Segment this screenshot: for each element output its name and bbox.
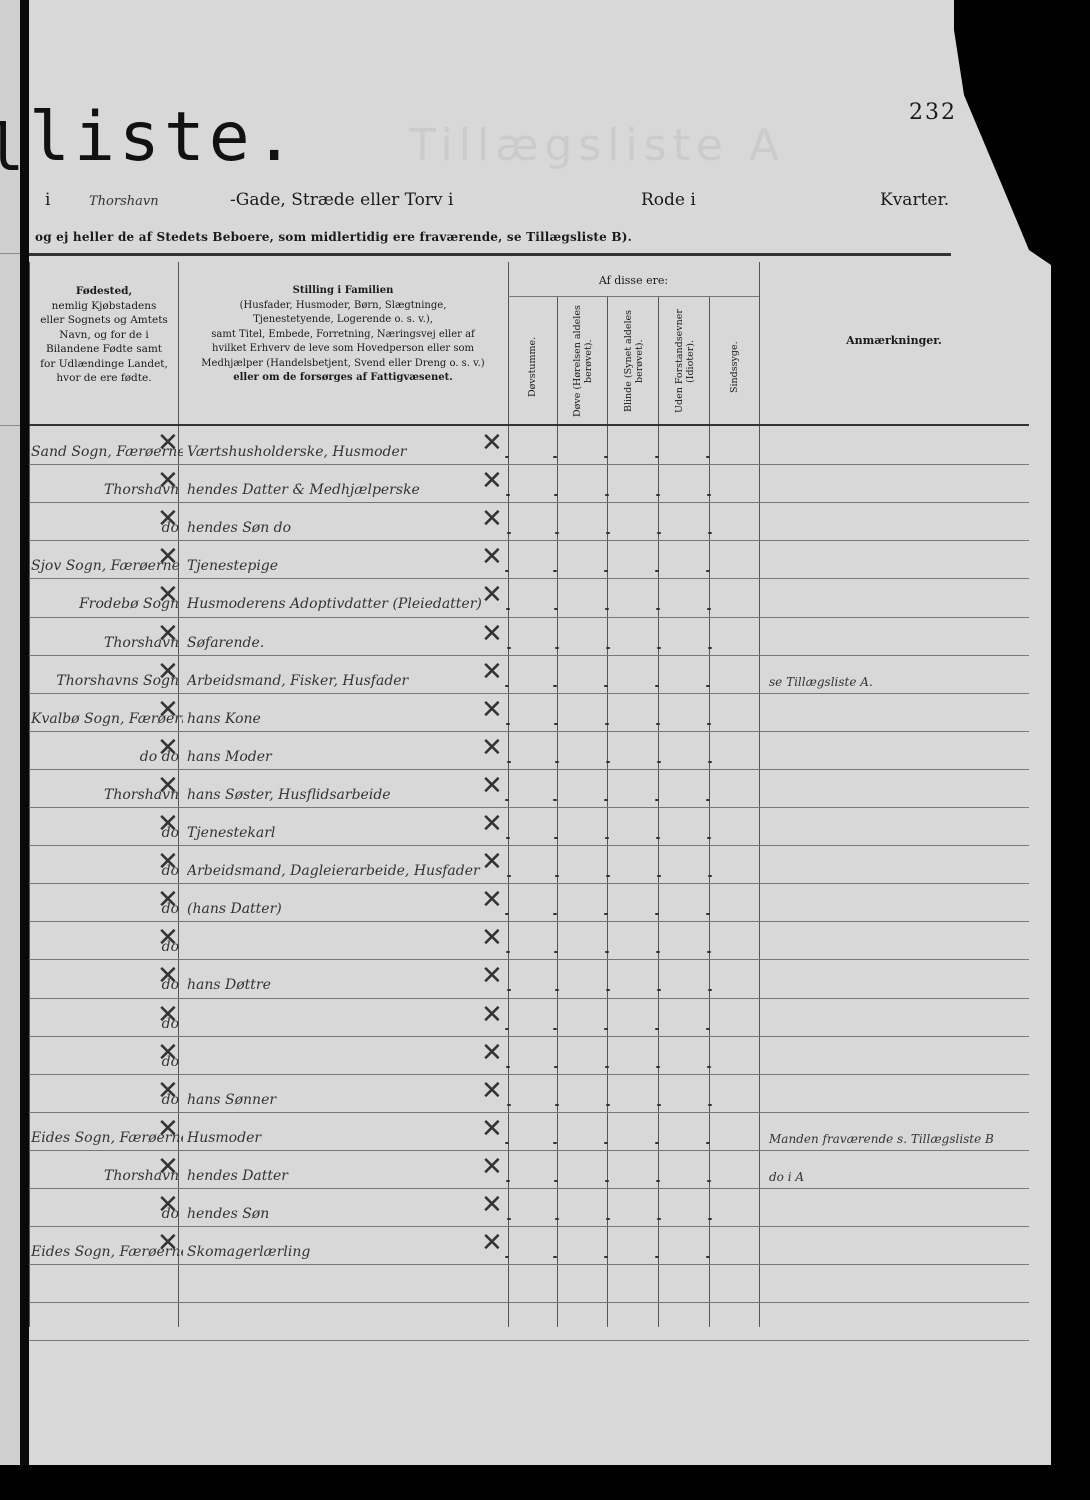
blank-dash <box>507 647 511 649</box>
position-cell: Arbeidsmand, Dagleierarbeide, Husfader <box>187 863 487 879</box>
position-cell: Værtshusholderske, Husmoder <box>187 444 487 460</box>
blank-dash <box>708 1218 712 1220</box>
table-row: dohendes Søn✕✕ <box>29 1188 1029 1226</box>
blank-dash <box>507 1218 511 1220</box>
birthplace-check-mark: ✕ <box>157 697 179 723</box>
blank-dash <box>606 989 610 991</box>
table-row: doArbeidsmand, Dagleierarbeide, Husfader… <box>29 845 1029 883</box>
blank-dash <box>707 1066 711 1068</box>
blank-dash <box>506 608 510 610</box>
table-row: Kvalbø Sogn, Færøernehans Kone✕✕ <box>29 693 1029 731</box>
blank-dash <box>656 494 660 496</box>
blank-dash <box>604 799 608 801</box>
table-row: Thorshavnhans Søster, Husflidsarbeide✕✕ <box>29 769 1029 807</box>
table-row <box>29 1302 1029 1340</box>
header-deaf-mute: Døvstumme. <box>527 317 538 417</box>
blank-dash <box>706 799 710 801</box>
position-check-mark: ✕ <box>481 621 503 647</box>
blank-dash <box>706 456 710 458</box>
blank-dash <box>604 685 608 687</box>
blank-dash <box>604 1256 608 1258</box>
header-af-disse-ere: Af disse ere: <box>508 274 759 289</box>
position-check-mark: ✕ <box>481 1002 503 1028</box>
blank-dash <box>708 532 712 534</box>
blank-dash <box>707 494 711 496</box>
blank-dash <box>505 685 509 687</box>
position-check-mark: ✕ <box>481 582 503 608</box>
header-position: Stilling i Familien (Husfader, Husmoder,… <box>181 284 505 386</box>
blank-dash <box>655 570 659 572</box>
blank-dash <box>605 837 609 839</box>
table-row: doTjenestekarl✕✕ <box>29 807 1029 845</box>
blank-dash <box>708 875 712 877</box>
blank-dash <box>657 989 661 991</box>
blank-dash <box>605 951 609 953</box>
blank-dash <box>506 1180 510 1182</box>
blank-dash <box>505 1142 509 1144</box>
blank-dash <box>606 1104 610 1106</box>
birthplace-check-mark: ✕ <box>157 735 179 761</box>
position-check-mark: ✕ <box>481 773 503 799</box>
birthplace-check-mark: ✕ <box>157 621 179 647</box>
position-cell: Søfarende. <box>187 635 487 651</box>
blank-dash <box>656 608 660 610</box>
blank-dash <box>604 570 608 572</box>
blank-dash <box>606 761 610 763</box>
blank-dash <box>555 647 559 649</box>
blank-dash <box>657 532 661 534</box>
position-check-mark: ✕ <box>481 1078 503 1104</box>
page-title: liste. <box>29 98 299 177</box>
header-remarks: Anmærkninger. <box>759 334 1029 349</box>
blank-dash <box>655 456 659 458</box>
blank-dash <box>655 685 659 687</box>
birthplace-check-mark: ✕ <box>157 1116 179 1142</box>
blank-dash <box>506 951 510 953</box>
blank-dash <box>657 647 661 649</box>
blank-dash <box>605 1066 609 1068</box>
blank-dash <box>506 494 510 496</box>
blank-dash <box>706 570 710 572</box>
blank-dash <box>706 1256 710 1258</box>
position-cell: hans Sønner <box>187 1092 487 1108</box>
rode-label: Rode i <box>641 190 696 210</box>
birthplace-check-mark: ✕ <box>157 811 179 837</box>
census-page: Tillægsliste A liste. 232 i Thorshavn -G… <box>29 0 1051 1465</box>
blank-dash <box>706 1142 710 1144</box>
header-blind: Blinde (Synet aldeles berøvet). <box>623 302 645 420</box>
birthplace-check-mark: ✕ <box>157 659 179 685</box>
table-row: ThorshavnSøfarende.✕✕ <box>29 617 1029 655</box>
blank-dash <box>555 1218 559 1220</box>
absent-residents-note: og ej heller de af Stedets Beboere, som … <box>35 230 632 244</box>
blank-dash <box>656 723 660 725</box>
table-row: do✕✕ <box>29 998 1029 1036</box>
remarks-cell: Manden fraværende s. Tillægsliste B <box>769 1132 994 1146</box>
blank-dash <box>657 1218 661 1220</box>
header-deaf: Døve (Hørelsen aldeles berøvet). <box>572 302 594 420</box>
position-cell: hans Søster, Husflidsarbeide <box>187 787 487 803</box>
position-cell: Tjenestekarl <box>187 825 487 841</box>
blank-dash <box>606 532 610 534</box>
position-cell: Tjenestepige <box>187 558 487 574</box>
position-check-mark: ✕ <box>481 659 503 685</box>
book-gutter <box>20 0 29 1500</box>
blank-dash <box>655 1256 659 1258</box>
blank-dash <box>505 570 509 572</box>
position-check-mark: ✕ <box>481 1230 503 1256</box>
blank-dash <box>708 1104 712 1106</box>
blank-dash <box>655 1028 659 1030</box>
table-row: dohans Sønner✕✕ <box>29 1074 1029 1112</box>
position-check-mark: ✕ <box>481 849 503 875</box>
blank-dash <box>553 456 557 458</box>
header-idiots: Uden Forstandsevner (Idioter). <box>674 302 696 420</box>
blank-dash <box>554 1066 558 1068</box>
table-row <box>29 1264 1029 1302</box>
position-check-mark: ✕ <box>481 925 503 951</box>
blank-dash <box>707 951 711 953</box>
blank-dash <box>507 1104 511 1106</box>
header-rule <box>29 253 951 256</box>
blank-dash <box>656 1180 660 1182</box>
blank-dash <box>706 685 710 687</box>
blank-dash <box>604 456 608 458</box>
blank-dash <box>657 875 661 877</box>
blank-dash <box>555 875 559 877</box>
birthplace-check-mark: ✕ <box>157 544 179 570</box>
blank-dash <box>553 570 557 572</box>
birthplace-check-mark: ✕ <box>157 773 179 799</box>
position-cell: Skomagerlærling <box>187 1244 487 1260</box>
table-row: Thorshavns SognArbeidsmand, Fisker, Husf… <box>29 655 1029 693</box>
birthplace-check-mark: ✕ <box>157 1040 179 1066</box>
birthplace-check-mark: ✕ <box>157 1154 179 1180</box>
position-check-mark: ✕ <box>481 1154 503 1180</box>
position-check-mark: ✕ <box>481 963 503 989</box>
blank-dash <box>707 837 711 839</box>
handwritten-place: Thorshavn <box>89 194 159 209</box>
position-check-mark: ✕ <box>481 811 503 837</box>
birthplace-check-mark: ✕ <box>157 506 179 532</box>
birthplace-check-mark: ✕ <box>157 1078 179 1104</box>
blank-dash <box>553 1256 557 1258</box>
position-check-mark: ✕ <box>481 506 503 532</box>
table-row: Sand Sogn, FærøerneVærtshusholderske, Hu… <box>29 426 1029 464</box>
blank-dash <box>555 761 559 763</box>
blank-dash <box>553 799 557 801</box>
blank-dash <box>554 951 558 953</box>
blank-dash <box>555 1104 559 1106</box>
table-row: Sjov Sogn, FærøerneTjenestepige✕✕ <box>29 540 1029 578</box>
blank-dash <box>605 723 609 725</box>
blank-dash <box>507 989 511 991</box>
blank-dash <box>554 837 558 839</box>
previous-page-strip: l <box>0 0 20 1500</box>
table-row: Thorshavnhendes Datter & Medhjælperske✕✕ <box>29 464 1029 502</box>
blank-dash <box>604 1028 608 1030</box>
blank-dash <box>506 723 510 725</box>
blank-dash <box>605 494 609 496</box>
birthplace-check-mark: ✕ <box>157 582 179 608</box>
blank-dash <box>657 761 661 763</box>
blank-dash <box>657 1104 661 1106</box>
blank-dash <box>507 532 511 534</box>
blank-dash <box>708 989 712 991</box>
blank-dash <box>553 1028 557 1030</box>
blank-dash <box>506 837 510 839</box>
blank-dash <box>604 913 608 915</box>
blank-dash <box>606 1218 610 1220</box>
birthplace-check-mark: ✕ <box>157 849 179 875</box>
table-row: do dohans Moder✕✕ <box>29 731 1029 769</box>
census-table: Fødested, nemlig Kjøbstadens eller Sogne… <box>29 262 1029 1327</box>
blank-dash <box>656 837 660 839</box>
blank-dash <box>708 761 712 763</box>
blank-dash <box>707 723 711 725</box>
page-number: 232 <box>909 100 957 125</box>
blank-dash <box>555 989 559 991</box>
blank-dash <box>707 608 711 610</box>
position-cell: Husmoderens Adoptivdatter (Pleiedatter) <box>187 596 487 612</box>
header-birthplace: Fødested, nemlig Kjøbstadens eller Sogne… <box>31 284 177 386</box>
blank-dash <box>604 1142 608 1144</box>
blank-dash <box>655 1142 659 1144</box>
position-cell: hans Moder <box>187 749 487 765</box>
blank-dash <box>507 875 511 877</box>
blank-dash <box>707 1180 711 1182</box>
table-row: Thorshavnhendes Datter do i A✕✕ <box>29 1150 1029 1188</box>
table-row: do✕✕ <box>29 1036 1029 1074</box>
remarks-cell: do i A <box>769 1170 804 1184</box>
blank-dash <box>605 608 609 610</box>
street-label: -Gade, Stræde eller Torv i <box>230 190 454 210</box>
position-check-mark: ✕ <box>481 1192 503 1218</box>
position-check-mark: ✕ <box>481 544 503 570</box>
birthplace-check-mark: ✕ <box>157 963 179 989</box>
blank-dash <box>606 647 610 649</box>
table-row: do✕✕ <box>29 921 1029 959</box>
birthplace-check-mark: ✕ <box>157 430 179 456</box>
blank-dash <box>706 913 710 915</box>
position-cell: hendes Datter <box>187 1168 487 1184</box>
position-check-mark: ✕ <box>481 887 503 913</box>
table-row: dohans Døttre✕✕ <box>29 959 1029 997</box>
header-insane: Sindssyge. <box>729 317 740 417</box>
scan-border <box>0 1465 1090 1500</box>
blank-dash <box>554 494 558 496</box>
blank-dash <box>554 723 558 725</box>
blank-dash <box>555 532 559 534</box>
position-check-mark: ✕ <box>481 1040 503 1066</box>
blank-dash <box>553 685 557 687</box>
position-check-mark: ✕ <box>481 1116 503 1142</box>
blank-dash <box>605 1180 609 1182</box>
kvarter-label: Kvarter. <box>880 190 949 210</box>
position-cell: Arbeidsmand, Fisker, Husfader <box>187 673 487 689</box>
blank-dash <box>606 875 610 877</box>
position-check-mark: ✕ <box>481 697 503 723</box>
blank-dash <box>553 1142 557 1144</box>
position-cell: Husmoder <box>187 1130 487 1146</box>
birthplace-check-mark: ✕ <box>157 1192 179 1218</box>
bleed-through-text: Tillægsliste A <box>409 120 785 171</box>
table-row: Eides Sogn, FærøerneSkomagerlærling✕✕ <box>29 1226 1029 1264</box>
table-row: Eides Sogn, FærøerneHusmoderManden fravæ… <box>29 1112 1029 1150</box>
birthplace-check-mark: ✕ <box>157 1230 179 1256</box>
blank-dash <box>708 647 712 649</box>
blank-dash <box>505 456 509 458</box>
address-prefix: i <box>45 190 50 210</box>
position-check-mark: ✕ <box>481 430 503 456</box>
blank-dash <box>507 761 511 763</box>
position-cell: hans Kone <box>187 711 487 727</box>
birthplace-check-mark: ✕ <box>157 468 179 494</box>
blank-dash <box>706 1028 710 1030</box>
table-row: do(hans Datter)✕✕ <box>29 883 1029 921</box>
remarks-cell: se Tillægsliste A. <box>769 675 873 689</box>
position-cell: hans Døttre <box>187 977 487 993</box>
blank-dash <box>656 951 660 953</box>
blank-dash <box>506 1066 510 1068</box>
position-cell: hendes Datter & Medhjælperske <box>187 482 487 498</box>
table-row: Frodebø SognHusmoderens Adoptivdatter (P… <box>29 578 1029 616</box>
blank-dash <box>655 913 659 915</box>
table-row: dohendes Søn do✕✕ <box>29 502 1029 540</box>
blank-dash <box>505 913 509 915</box>
blank-dash <box>655 799 659 801</box>
position-cell: hendes Søn do <box>187 520 487 536</box>
blank-dash <box>505 1256 509 1258</box>
birthplace-check-mark: ✕ <box>157 1002 179 1028</box>
blank-dash <box>505 799 509 801</box>
blank-dash <box>554 1180 558 1182</box>
position-check-mark: ✕ <box>481 468 503 494</box>
birthplace-check-mark: ✕ <box>157 887 179 913</box>
blank-dash <box>554 608 558 610</box>
blank-dash <box>656 1066 660 1068</box>
position-cell: hendes Søn <box>187 1206 487 1222</box>
blank-dash <box>553 913 557 915</box>
birthplace-check-mark: ✕ <box>157 925 179 951</box>
blank-dash <box>505 1028 509 1030</box>
position-cell: (hans Datter) <box>187 901 487 917</box>
position-check-mark: ✕ <box>481 735 503 761</box>
